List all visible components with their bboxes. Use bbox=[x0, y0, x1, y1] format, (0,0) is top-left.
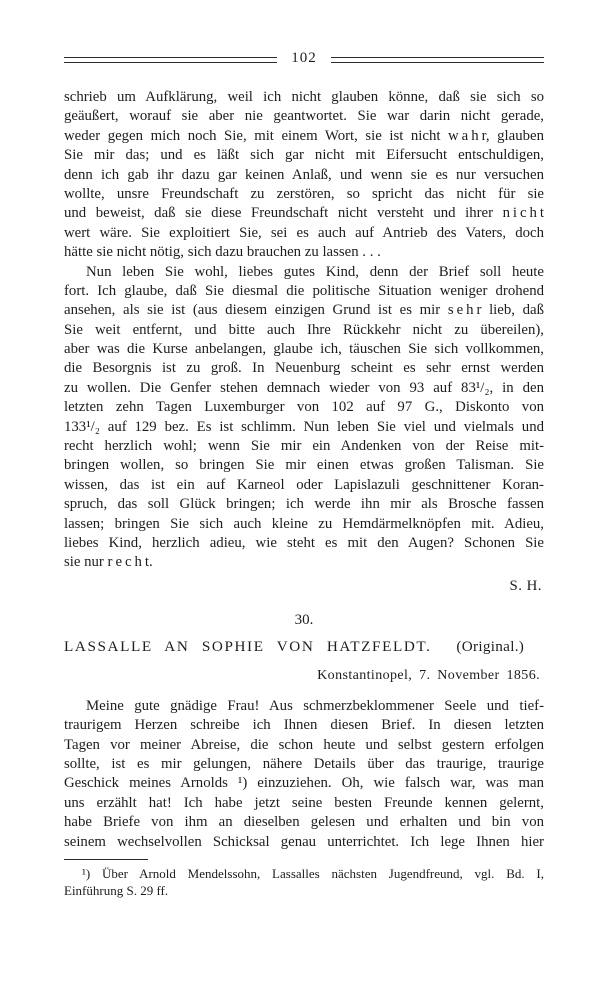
text-line: Einführung S. 29 ff. bbox=[64, 882, 544, 899]
text-line: denn ich gab ihr dazu gar keinen Anlaß, … bbox=[64, 166, 544, 185]
text-line: aber was die Kurse anbelangen, glaube ic… bbox=[64, 340, 544, 359]
running-head: 102 bbox=[64, 52, 544, 67]
book-page: 102 schrieb um Aufklärung, weil ich nich… bbox=[0, 0, 600, 995]
text-line: bringen wollen, so bringen Sie mir einen… bbox=[64, 456, 544, 475]
text-line: lassen; bringen Sie sich auch kleine zu … bbox=[64, 515, 544, 534]
text-line: schrieb um Aufklärung, weil ich nicht gl… bbox=[64, 88, 544, 107]
text-line: 133¹/₂ auf 129 bez. Es ist schlimm. Nun … bbox=[64, 418, 544, 437]
section-heading-suffix: (Original.) bbox=[456, 638, 524, 655]
paragraph-farewell: Nun leben Sie wohl, liebes gutes Kind, d… bbox=[64, 263, 544, 573]
text-line: Meine gute gnädige Frau! Aus schmerzbekl… bbox=[64, 697, 544, 716]
text-line: sie nur r e c h t. bbox=[64, 553, 544, 572]
text-line: weder gegen mich noch Sie, mit einem Wor… bbox=[64, 127, 544, 146]
text-line: liebes Kind, herzlich adieu, wie steht e… bbox=[64, 534, 544, 553]
text-line: die Besorgnis ist zu groß. In Neuenburg … bbox=[64, 359, 544, 378]
text-line: und beweist, daß sie diese Freundschaft … bbox=[64, 204, 544, 223]
paragraph-continued: schrieb um Aufklärung, weil ich nicht gl… bbox=[64, 88, 544, 263]
text-line: wollte, unsre Freundschaft zu zerstören,… bbox=[64, 185, 544, 204]
header-rule-right bbox=[331, 57, 544, 63]
text-line: zu wollen. Die Genfer stehen demnach wie… bbox=[64, 379, 544, 398]
footnote-rule bbox=[64, 859, 148, 860]
text-line: geäußert, worauf sie aber nie geantworte… bbox=[64, 107, 544, 126]
signature: S. H. bbox=[64, 578, 544, 595]
paragraph-opening: Meine gute gnädige Frau! Aus schmerzbekl… bbox=[64, 697, 544, 852]
header-rule-left bbox=[64, 57, 277, 63]
text-line: Sie weit entfernt, und bitte auch Ihre R… bbox=[64, 321, 544, 340]
letter-30-body: Meine gute gnädige Frau! Aus schmerzbekl… bbox=[64, 697, 544, 852]
text-line: spruch, das soll Glück bringen; ich werd… bbox=[64, 495, 544, 514]
text-line: recht herzlich wohl; wenn Sie mir ein An… bbox=[64, 437, 544, 456]
text-line: Nun leben Sie wohl, liebes gutes Kind, d… bbox=[64, 263, 544, 282]
page-number: 102 bbox=[277, 51, 331, 66]
text-line: hätte sie nicht nötig, sich dazu brauche… bbox=[64, 243, 544, 262]
text-line: seinem wechselvollen Schicksal genau unt… bbox=[64, 833, 544, 852]
letter-continued-body: schrieb um Aufklärung, weil ich nicht gl… bbox=[64, 88, 544, 573]
text-line: traurigem Herzen schreibe ich Ihnen dies… bbox=[64, 716, 544, 735]
text-line: letzten zehn Tagen Luxemburger von 102 a… bbox=[64, 398, 544, 417]
text-line: ¹) Über Arnold Mendelssohn, Lassalles nä… bbox=[64, 865, 544, 882]
text-line: Sie mir das; und es läßt sich gar nicht … bbox=[64, 146, 544, 165]
text-line: Tagen vor meiner Abreise, die schon heut… bbox=[64, 736, 544, 755]
text-line: ansehen, als sie ist (aus diesem einzige… bbox=[64, 301, 544, 320]
text-line: wissen, das ist ein auf Karneol oder Lap… bbox=[64, 476, 544, 495]
section-number: 30. bbox=[64, 612, 544, 629]
text-line: wert wäre. Sie exploitiert Sie, sei es a… bbox=[64, 224, 544, 243]
text-line: uns erzählt hat! Ich habe jetzt seine be… bbox=[64, 794, 544, 813]
section-heading-caps: LASSALLE AN SOPHIE VON HATZFELDT. bbox=[64, 638, 432, 655]
text-line: sollte, ist es mir gelungen, nähere Deta… bbox=[64, 755, 544, 774]
text-line: fort. Ich glaube, daß Sie diesmal die po… bbox=[64, 282, 544, 301]
text-line: Geschick meines Arnolds ¹) einzuziehen. … bbox=[64, 774, 544, 793]
text-line: habe Briefe von ihm an dieselben gelesen… bbox=[64, 813, 544, 832]
section-heading: LASSALLE AN SOPHIE VON HATZFELDT. (Origi… bbox=[64, 638, 544, 656]
footnote: ¹) Über Arnold Mendelssohn, Lassalles nä… bbox=[64, 865, 544, 899]
dateline: Konstantinopel, 7. November 1856. bbox=[64, 668, 544, 684]
